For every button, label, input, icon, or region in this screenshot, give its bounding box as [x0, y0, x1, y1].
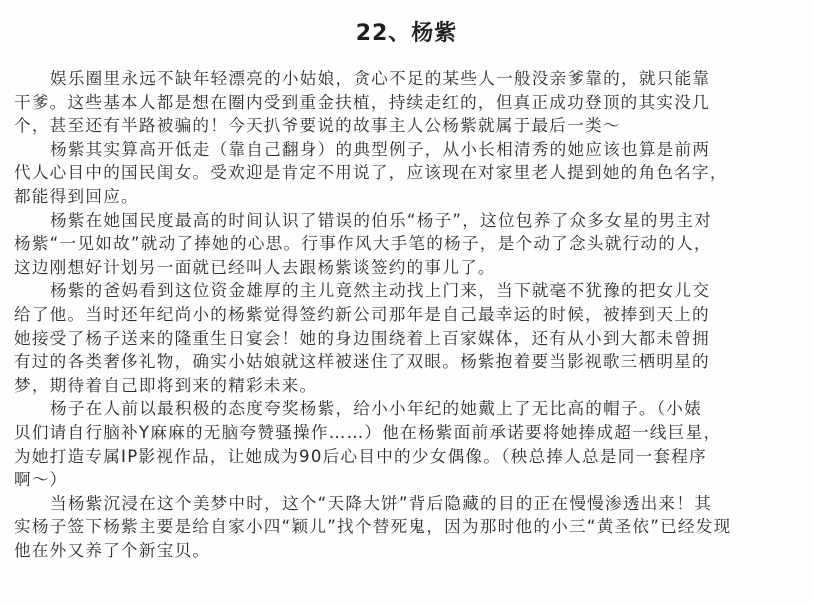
paragraph-4-line-5: 梦，期待着自己即将到来的精彩未来。 — [14, 374, 734, 398]
paragraph-2-line-1: 杨紫其实算高开低走（靠自己翻身）的典型例子，从小长相清秀的她应该也算是前两 — [14, 138, 734, 162]
paragraph-3-line-3: 这边刚想好计划另一面就已经叫人去跟杨紫谈签约的事儿了。 — [14, 256, 734, 280]
paragraph-3-line-2: 杨紫“一见如故”就动了捧她的心思。行事作风大手笔的杨子，是个动了念头就行动的人， — [14, 232, 734, 256]
paragraph-4-line-1: 杨紫的爸妈看到这位资金雄厚的主儿竟然主动找上门来，当下就毫不犹豫的把女儿交 — [14, 279, 734, 303]
paragraph-5-line-1: 杨子在人前以最积极的态度夸奖杨紫，给小小年纪的她戴上了无比高的帽子。（小婊 — [14, 397, 734, 421]
document-page: 22、杨紫 娱乐圈里永远不缺年轻漂亮的小姑娘，贪心不足的某些人一般没亲爹靠的，就… — [0, 0, 813, 605]
paragraph-5-line-4: 啊～） — [14, 468, 734, 492]
paragraph-4-line-2: 给了他。当时还年纪尚小的杨紫觉得签约新公司那年是自己最幸运的时候，被捧到天上的 — [14, 303, 734, 327]
paragraph-1-line-1: 娱乐圈里永远不缺年轻漂亮的小姑娘，贪心不足的某些人一般没亲爹靠的，就只能靠 — [14, 67, 734, 91]
article-title: 22、杨紫 — [0, 16, 813, 47]
paragraph-4-line-3: 她接受了杨子送来的隆重生日宴会！她的身边围绕着上百家媒体，还有从小到大都未曾拥 — [14, 327, 734, 351]
paragraph-1-line-3: 个，甚至还有半路被骗的！今天扒爷要说的故事主人公杨紫就属于最后一类～ — [14, 114, 734, 138]
paragraph-1-line-2: 干爹。这些基本人都是想在圈内受到重金扶植，持续走红的，但真正成功登顶的其实没几 — [14, 91, 734, 115]
paragraph-2-line-3: 都能得到回应。 — [14, 185, 734, 209]
paragraph-5-line-3: 为她打造专属IP影视作品，让她成为90后心目中的少女偶像。（秧总捧人总是同一套程… — [14, 445, 734, 469]
paragraph-6-line-3: 他在外又养了个新宝贝。 — [14, 539, 734, 563]
paragraph-2-line-2: 代人心目中的国民闺女。受欢迎是肯定不用说了，应该现在对家里老人提到她的角色名字， — [14, 161, 734, 185]
paragraph-5-line-2: 贝们请自行脑补Y麻麻的无脑夸赞骚操作……）他在杨紫面前承诺要将她捧成超一线巨星， — [14, 421, 734, 445]
paragraph-3-line-1: 杨紫在她国民度最高的时间认识了错误的伯乐“杨子”，这位包养了众多女星的男主对 — [14, 209, 734, 233]
article-body: 娱乐圈里永远不缺年轻漂亮的小姑娘，贪心不足的某些人一般没亲爹靠的，就只能靠 干爹… — [14, 67, 734, 562]
paragraph-6-line-1: 当杨紫沉浸在这个美梦中时，这个“天降大饼”背后隐藏的目的正在慢慢渗透出来！其 — [14, 492, 734, 516]
paragraph-4-line-4: 有过的各类奢侈礼物，确实小姑娘就这样被迷住了双眼。杨紫抱着要当影视歌三栖明星的 — [14, 350, 734, 374]
paragraph-6-line-2: 实杨子签下杨紫主要是给自家小四“颖儿”找个替死鬼，因为那时他的小三“黄圣依”已经… — [14, 515, 734, 539]
